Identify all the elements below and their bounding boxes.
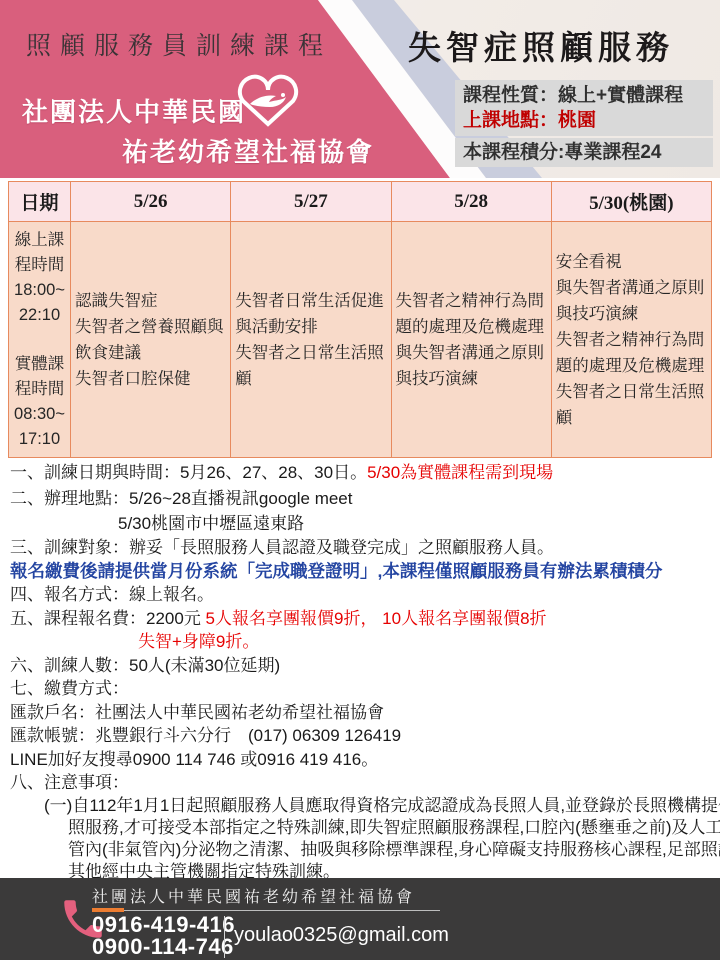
online-time-label: 線上課程時間	[13, 228, 66, 278]
bank-account-name: 匯款戶名：社團法人中華民國祐老幼希望社福協會	[10, 701, 714, 725]
course-list: 失智者日常生活促進與活動安排 失智者之日常生活照顧	[235, 288, 386, 392]
course-item: 失智者之精神行為問題的處理及危機處理	[396, 288, 547, 340]
heart-dove-logo-icon	[226, 72, 310, 138]
detail-item-8: 八、注意事項：	[10, 771, 714, 795]
header-banner: 照顧服務員訓練課程 社團法人中華民國 祐老幼希望社福協會 失智症照顧服務 課程性…	[0, 0, 720, 178]
footer-org-name: 社團法人中華民國祐老幼希望社福協會	[92, 884, 415, 907]
course-item: 失智者口腔保健	[75, 366, 226, 392]
courses-0526-cell: 認識失智症 失智者之營養照顧與飲食建議 失智者口腔保健	[71, 222, 231, 458]
course-item: 安全看視	[556, 249, 707, 275]
schedule-table: 日期 5/26 5/27 5/28 5/30(桃園) 線上課程時間 18:00~…	[8, 181, 712, 458]
footer-divider	[224, 916, 225, 958]
course-item: 失智者之日常生活照顧	[235, 340, 386, 392]
detail-item-2: 二、辦理地點：5/26~28直播視訊google meet	[10, 487, 714, 511]
detail-item-7: 七、繳費方式：	[10, 677, 714, 701]
online-time-start: 18:00~	[13, 278, 66, 303]
notice-paragraph: (一)自112年1月1日起照顧服務人員應取得資格完成認證成為長照人員,並登錄於長…	[68, 795, 720, 883]
col-header-date: 日期	[9, 182, 71, 222]
course-item: 失智者日常生活促進與活動安排	[235, 288, 386, 340]
onsite-time-label: 實體課程時間	[13, 352, 66, 402]
line-contact: LINE加好友搜尋0900 114 746 或0916 419 416。	[10, 748, 714, 772]
course-item: 認識失智症	[75, 288, 226, 314]
time-cell-gap	[13, 328, 66, 352]
schedule-body-row: 線上課程時間 18:00~ 22:10 實體課程時間 08:30~ 17:10 …	[9, 222, 712, 458]
bank-account-number: 匯款帳號：兆豐銀行斗六分行 (017) 06309 126419	[10, 724, 714, 748]
courses-0527-cell: 失智者日常生活促進與活動安排 失智者之日常生活照顧	[231, 222, 391, 458]
courses-0528-cell: 失智者之精神行為問題的處理及危機處理 與失智者溝通之原則與技巧演練	[391, 222, 551, 458]
course-list: 安全看視 與失智者溝通之原則與技巧演練 失智者之精神行為問題的處理及危機處理 失…	[556, 249, 707, 431]
footer-email: youlao0325@gmail.com	[234, 924, 449, 947]
course-item: 與失智者溝通之原則與技巧演練	[396, 340, 547, 392]
footer-phone-2: 0900-114-746	[92, 936, 235, 958]
course-list: 認識失智症 失智者之營養照顧與飲食建議 失智者口腔保健	[75, 288, 226, 392]
detail-item-2b: 5/30桃園市中壢區遠東路	[10, 512, 714, 536]
col-header-0526: 5/26	[71, 182, 231, 222]
course-item: 與失智者溝通之原則與技巧演練	[556, 275, 707, 327]
courses-0530-cell: 安全看視 與失智者溝通之原則與技巧演練 失智者之精神行為問題的處理及危機處理 失…	[551, 222, 711, 458]
detail-item-5b-discount: 失智+身障9折。	[10, 630, 714, 654]
footer-bar: 社團法人中華民國祐老幼希望社福協會 0916-419-416 0900-114-…	[0, 878, 720, 960]
flyer-page: 照顧服務員訓練課程 社團法人中華民國 祐老幼希望社福協會 失智症照顧服務 課程性…	[0, 0, 720, 960]
registration-blue-note: 報名繳費後請提供當月份系統「完成職登證明」,本課程僅照顧服務員有辦法累積積分	[10, 559, 714, 583]
col-header-0527: 5/27	[231, 182, 391, 222]
course-item: 失智者之營養照顧與飲食建議	[75, 314, 226, 366]
detail-item-1: 一、訓練日期與時間：5月26、27、28、30日。5/30為實體課程需到現場	[10, 461, 714, 485]
detail-item-1-text: 一、訓練日期與時間：5月26、27、28、30日。	[10, 463, 367, 482]
detail-item-5-discount: 5人報名享團報價9折， 10人報名享團報價8折	[206, 609, 547, 628]
footer-rule	[92, 910, 440, 911]
course-title: 失智症照顧服務	[408, 22, 674, 69]
online-time-end: 22:10	[13, 303, 66, 328]
time-cell: 線上課程時間 18:00~ 22:10 實體課程時間 08:30~ 17:10	[9, 222, 71, 458]
footer-phones: 0916-419-416 0900-114-746	[92, 914, 235, 958]
course-location: 上課地點：桃園	[463, 108, 705, 133]
course-item: 失智者之日常生活照顧	[556, 379, 707, 431]
detail-item-6: 六、訓練人數：50人(未滿30位延期)	[10, 654, 714, 678]
detail-item-4: 四、報名方式：線上報名。	[10, 583, 714, 607]
org-name-line1: 社團法人中華民國	[22, 92, 246, 129]
detail-item-3: 三、訓練對象：辦妥「長照服務人員認證及職登完成」之照顧服務人員。	[10, 536, 714, 560]
onsite-time-end: 17:10	[13, 427, 66, 452]
program-title: 照顧服務員訓練課程	[26, 26, 332, 62]
course-nature: 課程性質：線上+實體課程	[463, 83, 705, 108]
detail-item-5-text: 五、課程報名費：2200元	[10, 609, 206, 628]
course-info-box: 課程性質：線上+實體課程 上課地點：桃園	[455, 80, 713, 136]
course-item: 失智者之精神行為問題的處理及危機處理	[556, 327, 707, 379]
detail-item-1-highlight: 5/30為實體課程需到現場	[367, 463, 553, 482]
col-header-0528: 5/28	[391, 182, 551, 222]
course-list: 失智者之精神行為問題的處理及危機處理 與失智者溝通之原則與技巧演練	[396, 288, 547, 392]
col-header-0530: 5/30(桃園)	[551, 182, 711, 222]
course-credits-box: 本課程積分:專業課程24	[455, 138, 713, 167]
detail-item-5: 五、課程報名費：2200元 5人報名享團報價9折， 10人報名享團報價8折	[10, 607, 714, 631]
schedule-header-row: 日期 5/26 5/27 5/28 5/30(桃園)	[9, 182, 712, 222]
onsite-time-start: 08:30~	[13, 402, 66, 427]
footer-phone-1: 0916-419-416	[92, 914, 235, 936]
